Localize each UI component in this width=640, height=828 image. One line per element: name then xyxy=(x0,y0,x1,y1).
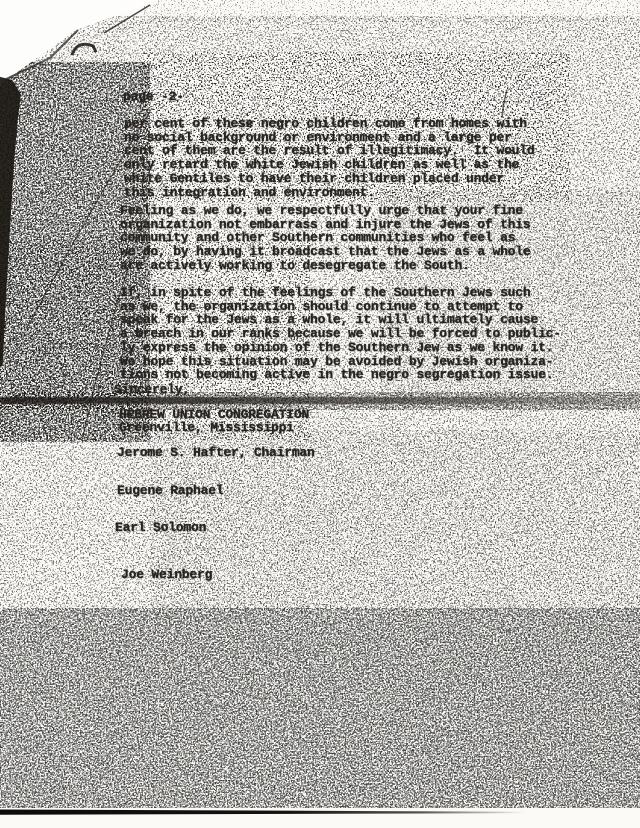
paragraph-1: per cent of these negro children come fr… xyxy=(124,117,534,199)
fold-smudge-line xyxy=(0,397,640,404)
paragraph-3: If, in spite of the feelings of the Sout… xyxy=(120,286,561,382)
signatory-4: Joe Weinberg xyxy=(121,568,212,582)
organization-location: Greenville, Mississippi xyxy=(119,421,294,435)
page-number: page -2- xyxy=(123,90,184,104)
signatory-1: Jerome S. Hafter, Chairman xyxy=(117,446,315,460)
paragraph-2: Feeling as we do, we respectfully urge t… xyxy=(120,204,530,273)
signatory-2: Eugene Raphael xyxy=(117,484,223,498)
closing-salutation: Sincerely, xyxy=(114,383,190,397)
signatory-3: Earl Solomon xyxy=(115,521,206,535)
scanned-letter-page: page -2- per cent of these negro childre… xyxy=(0,0,640,828)
